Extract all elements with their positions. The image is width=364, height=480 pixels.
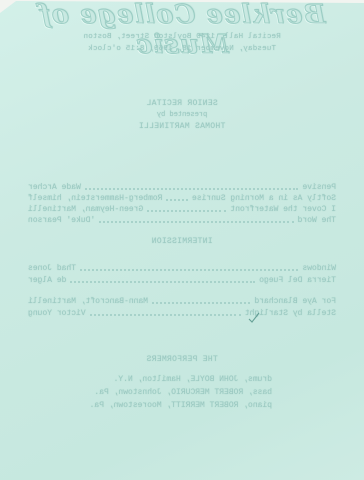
program-row: For Aye Blanchard Mann-Bancroft, Martine… [28,294,336,306]
mirrored-print-content: Berklee College of Music Recital Hall, 1… [0,0,364,480]
program-row: Stella by Starlight Victor Young [28,306,336,318]
program-first-half: Pensive Wade Archer Softly As in a Morni… [28,181,336,225]
dot-leader [152,302,250,304]
row-gap [28,285,336,294]
performer-line: bass, ROBERT MERCURIO, Johnstown, Pa. [90,386,272,399]
piece-title: I Cover the Waterfront [230,205,336,214]
program-row: Tierra Del Fuego de Alger [28,273,336,285]
performer-line: drums, JOHN BOYLE, Hamilton, N.Y. [90,373,272,386]
performers-list: drums, JOHN BOYLE, Hamilton, N.Y. bass, … [90,373,272,412]
presented-by-label: presented by [0,111,364,119]
program-row: Pensive Wade Archer [28,181,336,192]
piece-title: Windows [302,264,336,273]
performer-line: piano, ROBERT MERRITT, Moorestown, Pa. [90,399,272,412]
dot-leader [147,210,226,212]
program-second-half: Windows Thad Jones Tierra Del Fuego de A… [28,261,336,318]
date-line: Tuesday, November 18, 1969, 8:15 o'clock [0,45,364,53]
dot-leader [90,314,241,316]
intermission-label: INTERMISSION [0,237,364,246]
recital-heading: SENIOR RECITAL [0,99,364,108]
piece-title: Softly As in a Morning Sunrise [192,194,336,203]
dot-leader [70,281,255,283]
scanned-program-page: Berklee College of Music Recital Hall, 1… [0,0,364,480]
venue-line: Recital Hall, 1140 Boylston Street, Bost… [0,33,364,41]
dot-leader [166,199,188,201]
program-row: Windows Thad Jones [28,261,336,273]
performers-heading: THE PERFORMERS [0,355,364,364]
composer-name: de Alger [28,276,66,285]
program-row: The Word 'Duke' Pearson [28,214,336,225]
composer-name: Green-Heyman, Martinelli [28,205,143,214]
recital-header-block: SENIOR RECITAL presented by THOMAS MARTI… [0,99,364,131]
program-row: Softly As in a Morning Sunrise Romberg-H… [28,192,336,203]
presenter-name: THOMAS MARTINELLI [0,122,364,131]
stray-pen-mark-icon [247,312,261,324]
piece-title: Pensive [302,183,336,192]
program-row: I Cover the Waterfront Green-Heyman, Mar… [28,203,336,214]
composer-name: Wade Archer [28,183,81,192]
composer-name: Romberg-Hammerstein, himself [28,194,162,203]
composer-name: 'Duke' Pearson [28,216,95,225]
composer-name: Victor Young [28,309,86,318]
dot-leader [80,269,298,271]
piece-title: Tierra Del Fuego [259,276,336,285]
dot-leader [85,188,299,190]
dot-leader [99,221,293,223]
piece-title: The Word [298,216,336,225]
piece-title: For Aye Blanchard [254,297,336,306]
composer-name: Thad Jones [28,264,76,273]
composer-name: Mann-Bancroft, Martinelli [28,297,148,306]
